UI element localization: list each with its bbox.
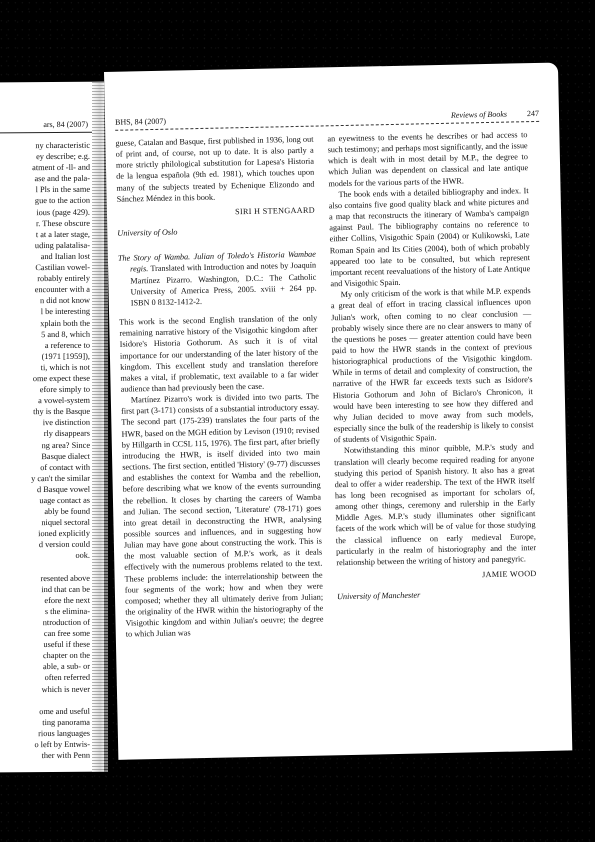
left-page-line: often referred — [0, 672, 90, 684]
reviewer-affiliation: University of Manchester — [337, 587, 537, 602]
reviewed-book-citation: The Story of Wamba. Julian of Toledo's H… — [118, 249, 317, 309]
right-column: an eyewitness to the events he describes… — [327, 129, 537, 602]
review-paragraph: an eyewitness to the events he describes… — [327, 129, 528, 189]
review-paragraph: My only criticism of the work is that wh… — [331, 285, 534, 445]
section-title: Reviews of Books — [451, 110, 507, 120]
left-page-line: rly disappears — [0, 428, 90, 440]
page-number: 247 — [527, 109, 539, 118]
left-page-running-head: ars, 84 (2007) — [43, 120, 88, 129]
review-paragraph: The book ends with a detailed bibliograp… — [329, 185, 531, 290]
running-head: BHS, 84 (2007) Reviews of Books 247 — [115, 109, 539, 132]
review-continuation-paragraph: guese, Catalan and Basque, first publish… — [115, 134, 314, 205]
left-column: guese, Catalan and Basque, first publish… — [115, 134, 323, 641]
left-page-line: which is never — [0, 683, 90, 695]
reviewer-affiliation: University of Oslo — [117, 224, 315, 239]
left-page-header-rule — [0, 132, 92, 134]
book-page-247: BHS, 84 (2007) Reviews of Books 247 gues… — [104, 62, 572, 759]
review-paragraph: This work is the second English translat… — [119, 313, 319, 395]
left-page-line: l be interesting — [0, 306, 90, 318]
left-page-line: ther with Penn — [0, 750, 90, 762]
reviewer-signature: SIRI H STENGAARD — [117, 205, 315, 220]
reviewer-signature: JAMIE WOOD — [337, 568, 537, 583]
facing-page-left: ars, 84 (2007) ny characteristicey descr… — [0, 82, 104, 773]
review-paragraph: Martínez Pizarro's work is divided into … — [121, 391, 324, 641]
journal-citation: BHS, 84 (2007) — [115, 117, 166, 127]
left-page-text: ny characteristicey describe; e.g.atment… — [0, 140, 90, 762]
review-paragraph: Notwithstanding this minor quibble, M.P.… — [334, 441, 537, 568]
book-details: Translated with Introduction and notes b… — [130, 261, 316, 307]
